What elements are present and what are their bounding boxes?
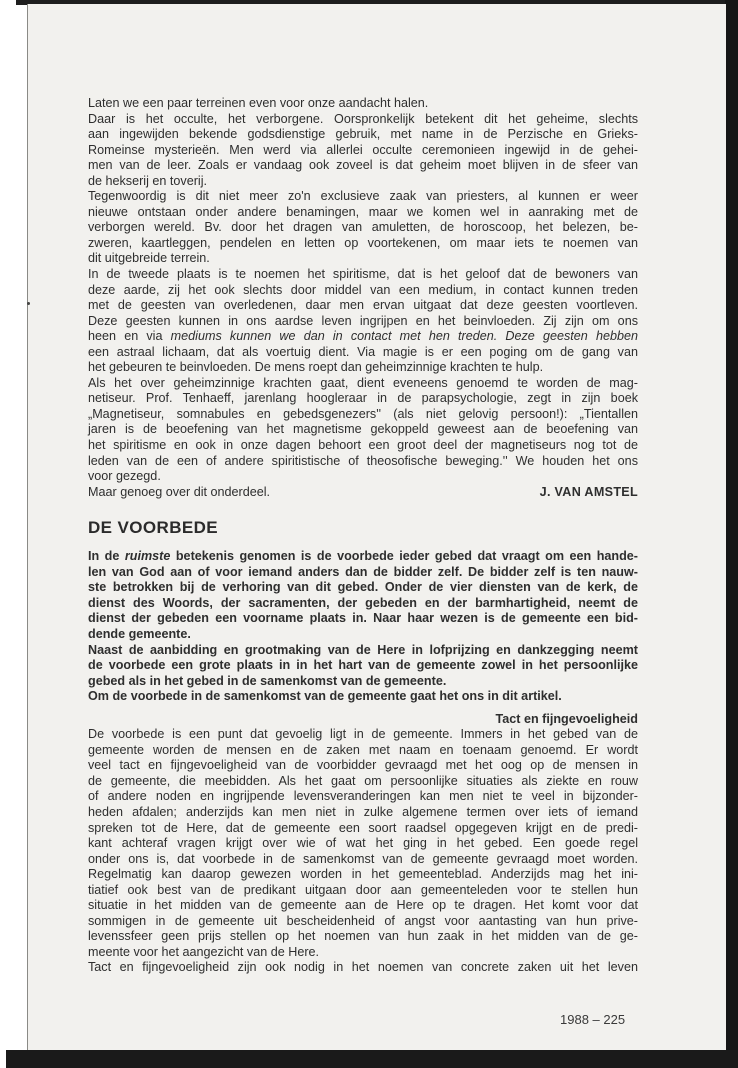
intro-line: len van God aan of voor iemand anders da… bbox=[88, 565, 638, 581]
paragraph-line-italic: heen en via mediums kunnen we dan in con… bbox=[88, 329, 638, 345]
paragraph-line: leden van de een of andere spiritistisch… bbox=[88, 454, 638, 470]
text-column: Laten we een paar terreinen even voor on… bbox=[88, 96, 638, 976]
body-line: levenssfeer geen prijs stellen op het no… bbox=[88, 929, 638, 945]
paragraph-line: het spiritisme en ook in onze dagen beho… bbox=[88, 438, 638, 454]
intro-line: dienst des Woords, der sacramenten, der … bbox=[88, 596, 638, 612]
paragraph-line: jaren is de beoefening van het magnetism… bbox=[88, 422, 638, 438]
paragraph-line: netiseur. Prof. Tenhaeff, jarenlang hoog… bbox=[88, 391, 638, 407]
paragraph-line: deze aarde, zij het ook slechts door mid… bbox=[88, 283, 638, 299]
paragraph-line: het gebeuren te beinvloeden. De mens roe… bbox=[88, 360, 638, 376]
body-line: de gemeente, die meebidden. Als het gaat… bbox=[88, 774, 638, 790]
body-line: Regelmatig kan daarop gewezen worden in … bbox=[88, 867, 638, 883]
paragraph-line: Als het over geheimzinnige krachten gaat… bbox=[88, 376, 638, 392]
article-title: DE VOORBEDE bbox=[88, 518, 638, 538]
body-line: onder ons is, dat voorbede in de samenko… bbox=[88, 852, 638, 868]
scan-border-bottom bbox=[6, 1050, 738, 1068]
scan-border-right bbox=[725, 0, 738, 1068]
page-gutter-line bbox=[27, 4, 28, 1050]
intro-line: gebed als in het gebed in de samenkomst … bbox=[88, 674, 638, 690]
body-line: spreken tot de Here, dat de gemeente een… bbox=[88, 821, 638, 837]
paragraph-line: Romeinse mysterieën. Men werd via allerl… bbox=[88, 143, 638, 159]
paragraph-line: Daar is het occulte, het verborgene. Oor… bbox=[88, 112, 638, 128]
paragraph-line: In de tweede plaats is te noemen het spi… bbox=[88, 267, 638, 283]
paragraph-line: met de geesten van overledenen, daar men… bbox=[88, 298, 638, 314]
intro-line: In de ruimste betekenis genomen is de vo… bbox=[88, 549, 638, 565]
body-line: of andere noden en ingrijpende levensver… bbox=[88, 789, 638, 805]
body-line: meente voor het aangezicht van de Here. bbox=[88, 945, 638, 961]
intro-line: Naast de aanbidding en grootmaking van d… bbox=[88, 643, 638, 659]
intro-line: de voorbede een grote plaats in in het h… bbox=[88, 658, 638, 674]
intro-line: Om de voorbede in de samenkomst van de g… bbox=[88, 689, 638, 705]
closing-row: Maar genoeg over dit onderdeel. J. VAN A… bbox=[88, 485, 638, 501]
body-line: situatie in het midden van de gemeente a… bbox=[88, 898, 638, 914]
intro-line: dienst der gebeden een voorname plaats i… bbox=[88, 611, 638, 627]
paragraph-line: voor gezegd. bbox=[88, 469, 638, 485]
page-number: 1988 – 225 bbox=[560, 1012, 625, 1027]
paragraph-line: de hekserij en toverij. bbox=[88, 174, 638, 190]
paragraph-line: Tegenwoordig is dit niet meer zo'n exclu… bbox=[88, 189, 638, 205]
paragraph-line: een astraal lichaam, dat als voertuig di… bbox=[88, 345, 638, 361]
author-signature: J. VAN AMSTEL bbox=[540, 485, 638, 501]
subheading: Tact en fijngevoeligheid bbox=[88, 712, 638, 728]
paragraph-line: men van de leer. Zoals er vandaag ook zo… bbox=[88, 158, 638, 174]
paragraph-line: dit uitgebreide terrein. bbox=[88, 251, 638, 267]
body-line: De voorbede is een punt dat gevoelig lig… bbox=[88, 727, 638, 743]
article-intro: In de ruimste betekenis genomen is de vo… bbox=[88, 549, 638, 704]
body-line: kant achteraf vragen krijgt over wie of … bbox=[88, 836, 638, 852]
paragraph-line: aan ingewijden bekende godsdienstige geb… bbox=[88, 127, 638, 143]
body-line: gemeente worden de mensen en de zaken me… bbox=[88, 743, 638, 759]
paragraph-line: Laten we een paar terreinen even voor on… bbox=[88, 96, 638, 112]
article-body: De voorbede is een punt dat gevoelig lig… bbox=[88, 727, 638, 976]
closing-sentence: Maar genoeg over dit onderdeel. bbox=[88, 485, 270, 501]
paragraph-line: zweren, kaartleggen, pendelen en letten … bbox=[88, 236, 638, 252]
margin-mark bbox=[27, 302, 30, 305]
intro-line: ste betrokken bij de verhoring van dit g… bbox=[88, 580, 638, 596]
paragraph-line: Deze geesten kunnen in ons aardse leven … bbox=[88, 314, 638, 330]
body-line: Tact en fijngevoeligheid zijn ook nodig … bbox=[88, 960, 638, 976]
body-line: tiatief ook best van de predikant uitgaa… bbox=[88, 883, 638, 899]
paragraph-line: „Magnetiseur, somnabules en gebedsgeneze… bbox=[88, 407, 638, 423]
paragraph-line: verborgen wereld. Bv. door het dragen va… bbox=[88, 220, 638, 236]
article-voorbede: DE VOORBEDE In de ruimste betekenis geno… bbox=[88, 518, 638, 976]
body-line: veel tact en fijngevoeligheid van de voo… bbox=[88, 758, 638, 774]
intro-line: dende gemeente. bbox=[88, 627, 638, 643]
paragraph-line: nieuwe ontstaan onder andere benamingen,… bbox=[88, 205, 638, 221]
article-occultism: Laten we een paar terreinen even voor on… bbox=[88, 96, 638, 500]
body-line: sommigen in de gemeente uit bescheidenhe… bbox=[88, 914, 638, 930]
body-line: heden afdalen; anderzijds kan men niet i… bbox=[88, 805, 638, 821]
